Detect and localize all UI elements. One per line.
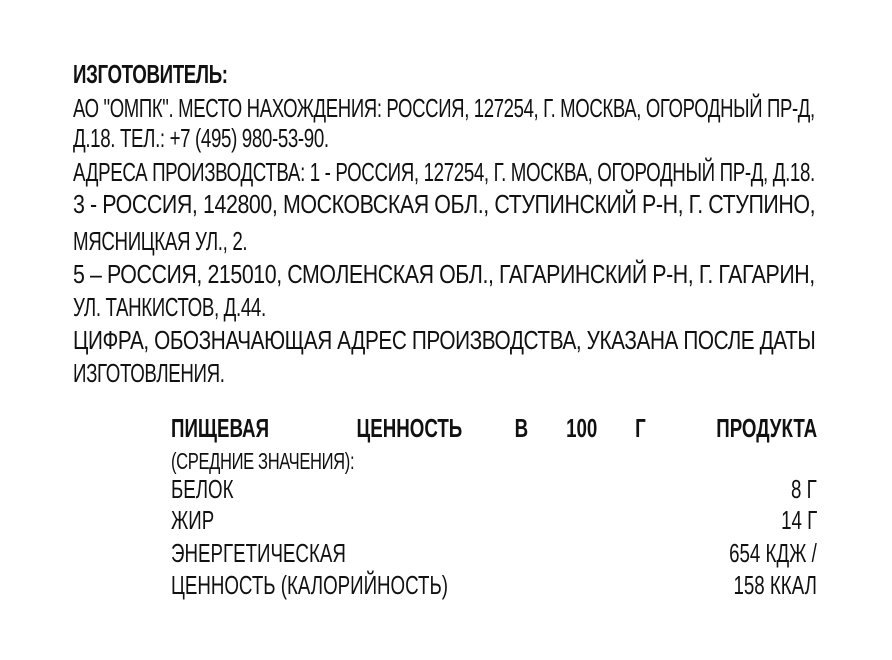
production-address-line: 3 - РОССИЯ, 142800, МОСКОВСКАЯ ОБЛ., СТУ…	[73, 191, 815, 217]
nutrition-row-calories: ЦЕННОСТЬ (КАЛОРИЙНОСТЬ) 158 ККАЛ	[171, 572, 817, 598]
production-address-line: АДРЕСА ПРОИЗВОДСТВА: 1 - РОССИЯ, 127254,…	[73, 159, 815, 185]
nutrient-value: 14 Г	[781, 507, 817, 533]
manufacturer-line: АО "ОМПК". МЕСТО НАХОЖДЕНИЯ: РОССИЯ, 127…	[73, 95, 815, 121]
nutrient-label: ЦЕННОСТЬ (КАЛОРИЙНОСТЬ)	[171, 572, 448, 598]
address-note-line: ЦИФРА, ОБОЗНАЧАЮЩАЯ АДРЕС ПРОИЗВОДСТВА, …	[73, 327, 815, 353]
manufacturer-line: Д.18. ТЕЛ.: +7 (495) 980-53-90.	[73, 125, 329, 151]
nutrition-heading-word: ПИЩЕВАЯ	[171, 415, 269, 441]
production-address-line: УЛ. ТАНКИСТОВ, Д.44.	[73, 294, 266, 320]
nutrition-row-protein: БЕЛОК 8 Г	[171, 476, 817, 502]
nutrient-label: ЭНЕРГЕТИЧЕСКАЯ	[171, 540, 346, 566]
nutrient-label: ЖИР	[171, 507, 214, 533]
production-address-line: 5 – РОССИЯ, 215010, СМОЛЕНСКАЯ ОБЛ., ГАГ…	[73, 261, 815, 287]
manufacturer-heading: ИЗГОТОВИТЕЛЬ:	[73, 61, 228, 87]
nutrition-heading-word: ЦЕННОСТЬ	[357, 415, 463, 441]
nutrient-label: БЕЛОК	[171, 476, 234, 502]
nutrition-heading-word: 100	[566, 415, 597, 441]
nutrient-value: 654 КДЖ /	[729, 540, 817, 566]
nutrition-heading-word: В	[515, 415, 529, 441]
nutrition-row-fat: ЖИР 14 Г	[171, 507, 817, 533]
nutrition-heading: ПИЩЕВАЯ ЦЕННОСТЬ В 100 Г ПРОДУКТА	[171, 415, 817, 441]
nutrition-subheading: (СРЕДНИЕ ЗНАЧЕНИЯ):	[171, 448, 354, 474]
nutrition-heading-word: Г	[635, 415, 646, 441]
nutrition-row-energy: ЭНЕРГЕТИЧЕСКАЯ 654 КДЖ /	[171, 540, 817, 566]
nutrition-heading-word: ПРОДУКТА	[716, 415, 817, 441]
production-address-line: МЯСНИЦКАЯ УЛ., 2.	[73, 228, 247, 254]
nutrient-value: 158 ККАЛ	[734, 572, 817, 598]
address-note-line: ИЗГОТОВЛЕНИЯ.	[73, 360, 225, 386]
nutrient-value: 8 Г	[791, 476, 817, 502]
